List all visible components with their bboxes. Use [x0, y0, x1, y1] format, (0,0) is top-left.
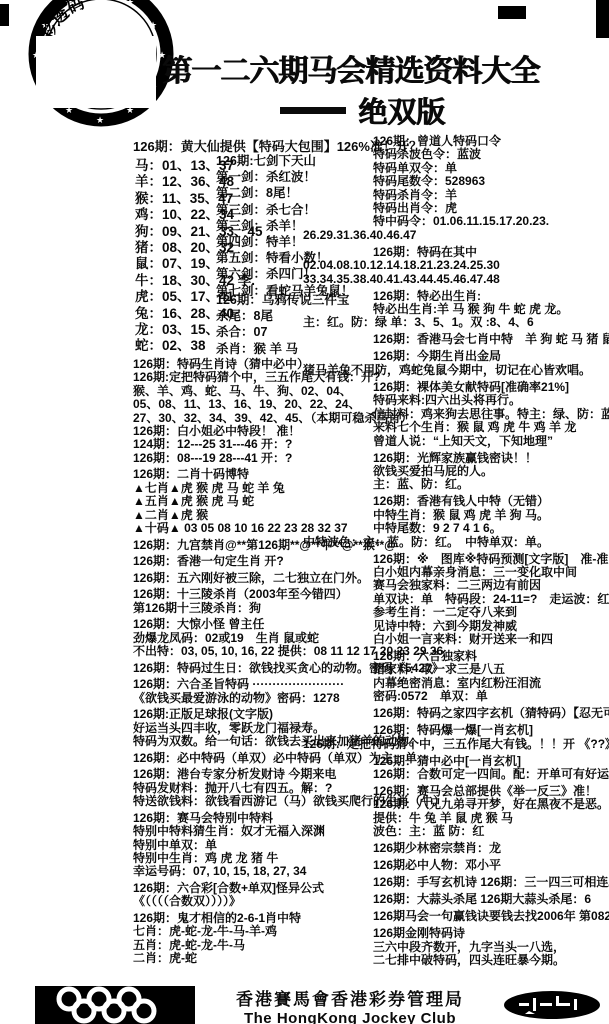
text-line: 第一剑：杀红波！	[216, 169, 354, 185]
text-line: 杀肖：猴 羊 马	[216, 341, 349, 357]
text-line: 来料七个生肖：猴 鼠 鸡 虎 牛 鸡 羊 龙	[303, 421, 609, 434]
oval-stamp-icon	[503, 990, 601, 1020]
text-line: 杀尾：8尾	[216, 308, 349, 324]
text-line: 126期：大蒜头杀尾 126期大蒜头杀尾：6	[303, 893, 609, 906]
text-block: 126期少林密宗禁肖：龙	[303, 842, 609, 855]
text-block: 126期马会一句赢钱诀要钱去找2006年 第082期	[303, 910, 609, 923]
text-line: 白小姐一言来料：财开送来一和四	[303, 633, 609, 646]
text-line: 126期：定把特码猜个中，三五作尾大有钱。！！开 《??》	[303, 738, 609, 751]
text-block: 126期：光辉家族赢钱密诀！！欲钱买爱拍马屁的人。主：蓝、防：红。	[303, 452, 609, 492]
lottery-tip-sheet: ★★★ ★★★ ★★★ ★★★ 彩透码 专用章 第一二六期马会精选资料大全 绝双…	[0, 0, 609, 1024]
text-block: 126期：手写玄机诗 126期：三一四三可相连。	[303, 876, 609, 889]
text-block: 126期：※ 图库※特码预测[文字版] 准-准白小姐内幕亲身消息：三一变化取中间…	[303, 553, 609, 647]
seal-white-overlay	[36, 36, 156, 108]
text-line: 126期：合数可定一四间。配：开单可有好运还。	[303, 768, 609, 781]
interlocked-rings-icon	[35, 986, 195, 1024]
text-line: 第四剑：特羊！	[216, 234, 354, 250]
text-line: 126期马会一句赢钱诀要钱去找2006年 第082期	[303, 910, 609, 923]
subtitle: 绝双版	[280, 90, 445, 131]
text-line: 主：蓝、防：红。	[303, 478, 609, 491]
text-line: 特码来料:四六出头将再行。	[303, 394, 609, 407]
seven-swords-list: 126期:七剑下天山第一剑：杀红波！第二剑：8尾！第三剑：杀七合！第三剑：杀羊！…	[216, 153, 354, 299]
corner-mark-top-left	[0, 4, 9, 26]
text-line: 猪家料：取一求三是八五	[303, 663, 609, 676]
text-line: 126期少林密宗禁肖：龙	[303, 842, 609, 855]
svg-text:★: ★	[96, 115, 104, 125]
text-block: 126期：六合独家料猪家料：取一求三是八五内幕绝密消息：室内红粉汪泪流密码:05…	[303, 650, 609, 704]
text-line: 波色：主：蓝 防：红	[303, 825, 609, 838]
text-line: 126期：※ 图库※特码预测[文字版] 准-准	[303, 553, 609, 566]
text-block: 126期：猜中必中[一肖玄机]126期：合数可定一四间。配：开单可有好运还。	[303, 755, 609, 782]
text-line: 126期：乌鸦传说三件宝	[216, 292, 349, 308]
text-block: 126期必中人物：邓小平	[303, 859, 609, 872]
footer-org-english: The HongKong Jockey Club	[200, 1010, 500, 1024]
svg-text:★: ★	[149, 20, 157, 30]
text-line: 126期：猜中必中[一肖玄机]	[303, 755, 609, 768]
corner-mark-blob	[498, 6, 526, 19]
text-line: 126期:七剑下天山	[216, 153, 354, 169]
text-block: 126期：大蒜头杀尾 126期大蒜头杀尾：6	[303, 893, 609, 906]
text-line: 126期：特码爆一爆[一肖玄机]	[303, 724, 609, 737]
text-line: 猪马羊兔不用防，鸡蛇兔鼠今期中，切记在心皆欢唱。	[303, 364, 609, 377]
text-line: 中特尾数：9 2 7 4 1 6。	[303, 522, 609, 535]
text-line: 126期：光辉家族赢钱密诀！！	[303, 452, 609, 465]
text-line: 中特波色：主：蓝。防：红。 中特单双：单。	[303, 536, 609, 549]
footer-org-chinese: 香港賽馬會香港彩券管理局	[200, 985, 500, 1010]
svg-text:★: ★	[126, 0, 134, 7]
text-line: 第二剑：8尾！	[216, 185, 354, 201]
text-line: 第五剑：特看小数！	[216, 250, 354, 266]
page-title: 第一二六期马会精选资料大全	[162, 46, 539, 90]
text-block: 126期金刚特码诗三六中段齐数开，九字当头一八选，二七排中破特码，四头连旺暴今期…	[303, 927, 609, 967]
text-line: 见诗中特：六到今期发神威	[303, 620, 609, 633]
crow-legend-list: 126期：乌鸦传说三件宝杀尾：8尾杀合：07杀肖：猴 羊 马	[216, 292, 349, 357]
text-line: 曾道人说：“上知天文，下知地理”	[303, 435, 609, 448]
text-line: 杀合：07	[216, 324, 349, 340]
text-line: 126期：手写玄机诗 126期：三一四三可相连。	[303, 876, 609, 889]
text-line: 密码:0572 单双：单	[303, 690, 609, 703]
text-line: 赛马会独家料：二三两边有前因	[303, 579, 609, 592]
text-line: 126期金刚特码诗	[303, 927, 609, 940]
text-block: 126期：香港有钱人中特（无错）中特生肖：猴 鼠 鸡 虎 羊 狗 马。中特尾数：…	[303, 495, 609, 549]
text-line: 126期：特码之家四字玄机（猜特码）【忍无可忍】	[303, 707, 609, 720]
footer-organization: 香港賽馬會香港彩券管理局 The HongKong Jockey Club	[200, 985, 500, 1024]
subtitle-dash	[280, 107, 346, 114]
text-block: 126期：特码爆一爆[一肖玄机]126期：定把特码猜个中，三五作尾大有钱。！！开…	[303, 724, 609, 751]
subtitle-text: 绝双版	[358, 97, 445, 129]
corner-mark-top-right	[596, 0, 609, 38]
text-line: 第六剑：杀四门！	[216, 266, 354, 282]
text-block: 126期：特码之家四字玄机（猜特码）【忍无可忍】	[303, 707, 609, 720]
text-line: 二七排中破特码，四头连旺暴今期。	[303, 954, 609, 967]
jockey-club-logo	[35, 986, 195, 1024]
text-block: 126期：裸体美女献特码[准确率21%]特码来料:四六出头将再行。信封料：鸡来狗…	[303, 381, 609, 448]
text-line: 第三剑：杀羊！	[216, 218, 354, 234]
text-line: 参考生肖：一二定夺八来到	[303, 606, 609, 619]
text-block: 126期：赛马会总部提供《举一反三》准！126期：八兄九弟寻开梦，好在黑夜不是恶…	[303, 785, 609, 839]
text-line: 126期：八兄九弟寻开梦，好在黑夜不是恶。	[303, 798, 609, 811]
text-line: 126期：香港有钱人中特（无错）	[303, 495, 609, 508]
text-line: 126期必中人物：邓小平	[303, 859, 609, 872]
text-line: 第三剑：杀七合！	[216, 202, 354, 218]
